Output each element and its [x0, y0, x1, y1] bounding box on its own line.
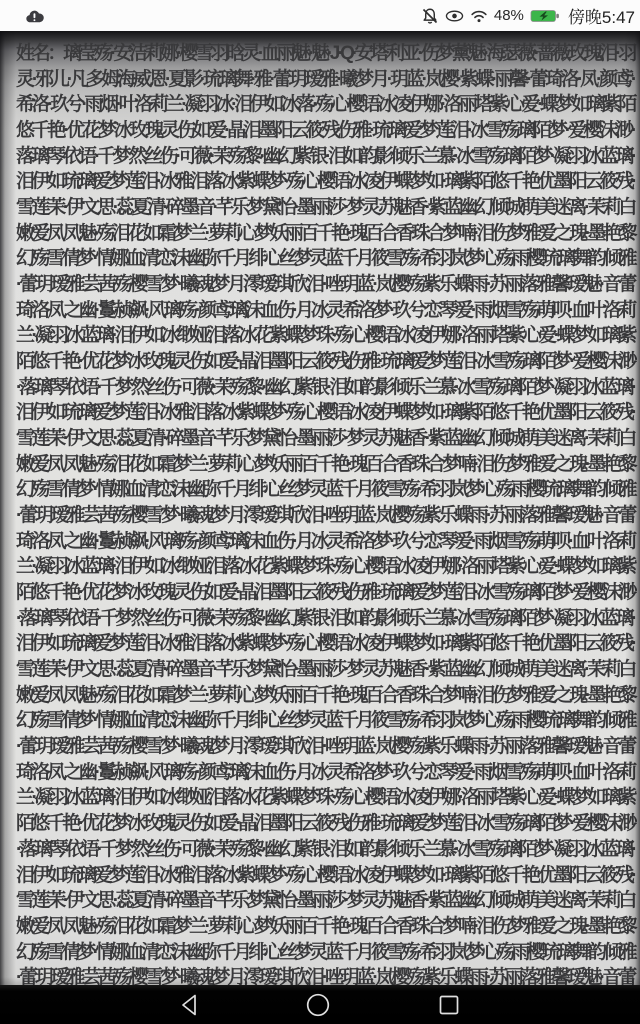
- cloud-alert-icon: [24, 8, 45, 24]
- name-list-line: 姓名：璃莹殇·安洁莉娜·樱雪羽晗灵·血丽魅·魅·J·Q·安塔利亚·伤梦薰魅·海瑟…: [16, 41, 634, 67]
- name-list-line: 幻殇雪倩梦·情娜血清恋沫幽弥千月绯心丝梦灵蓝千月筱雪殇·希羽岚梦心殇雨樱琉璃舞韵…: [16, 246, 634, 272]
- name-list: 姓名：璃莹殇·安洁莉娜·樱雪羽晗灵·血丽魅·魅·J·Q·安塔利亚·伤梦薰魅·海瑟…: [0, 31, 640, 985]
- name-list-line: 琦洛凤之幽·鬘赪飙·风璃殇·颜鸢璃沫血伤·月冰灵希洛梦·玖兮恋琴爱·雨烟雪殇萌呗…: [16, 298, 634, 324]
- status-bar: 48% 傍晚5:47: [0, 0, 640, 31]
- name-list-line: 悠千艳·优花梦冰玫瑰灵伤如爱·晶泪墨阳云筱残伤雅·琉璃爱梦莲泪·冰雪殇璃陌梦·爱…: [16, 118, 634, 144]
- name-list-line: 陌悠千艳·优花梦冰玫瑰灵伤如爱·晶泪墨阳云筱残伤雅·琉璃爱梦莲泪·冰雪殇璃陌梦·…: [16, 349, 634, 375]
- name-list-line: 落璃琴依语·千梦然丝伤·可薇·茉殇黎·幽幻紫银·泪如韵影倾乐兰慕·冰雪殇璃陌梦·…: [16, 144, 634, 170]
- eye-comfort-icon: [445, 8, 464, 24]
- name-list-page[interactable]: 姓名：璃莹殇·安洁莉娜·樱雪羽晗灵·血丽魅·魅·J·Q·安塔利亚·伤梦薰魅·海瑟…: [0, 31, 640, 985]
- name-list-line: 嫩爱凤凤魅·殇泪花如霜梦兰·萝莉心梦妖丽百千艳·瑰百合香珠合梦喃·泪伤梦雅爱之瑰…: [16, 452, 634, 478]
- mute-icon: [421, 7, 439, 25]
- name-list-line: ·蕾玥瑷雅芸茜殇樱雪梦·曦魂梦月澪瑷琪欣泪·唑玥蓝·岚樱殇紫乐蝶雨·苏丽落雅馨瑷…: [16, 734, 634, 760]
- name-list-line: 雪莲茉·伊文思·蕊夏清·碎墨音·芊乐梦黛怡·墨丽莎·梦灵苏魅香·紫蓝幽幻倾城萌美…: [16, 888, 634, 914]
- name-list-line: 泪伊如琉璃爱梦莲泪·冰雅泪落冰紫蝶梦·殇心樱语冰凌伊蝶梦如·璃紫陌悠千艳优墨阳云…: [16, 169, 634, 195]
- home-circle-icon: [305, 992, 331, 1018]
- name-list-line: 泪伊如琉璃爱梦莲泪·冰雅泪落冰紫蝶梦·殇心樱语冰凌伊蝶梦如·璃紫陌悠千艳优墨阳云…: [16, 400, 634, 426]
- name-list-line: 兰·凝羽冰蓝璃·泪伊如冰缈娅泪落冰花紫蝶梦珠·殇心樱语冰凌伊娜·洛丽塔紫心爱·蝶…: [16, 554, 634, 580]
- name-list-line: 幻殇雪倩梦·情娜血清恋沫幽弥千月绯心丝梦灵蓝千月筱雪殇·希羽岚梦心殇雨樱琉璃舞韵…: [16, 708, 634, 734]
- name-list-line: 幻殇雪倩梦·情娜血清恋沫幽弥千月绯心丝梦灵蓝千月筱雪殇·希羽岚梦心殇雨樱琉璃舞韵…: [16, 477, 634, 503]
- status-indicators: 48% 傍晚5:47: [421, 3, 635, 28]
- home-button[interactable]: [283, 985, 353, 1024]
- back-button[interactable]: [155, 985, 225, 1024]
- name-list-line: 琦洛凤之幽·鬘赪飙·风璃殇·颜鸢璃沫血伤·月冰灵希洛梦·玖兮恋琴爱·雨烟雪殇萌呗…: [16, 529, 634, 555]
- name-list-line: 雪莲茉·伊文思·蕊夏清·碎墨音·芊乐梦黛怡·墨丽莎·梦灵苏魅香·紫蓝幽幻倾城萌美…: [16, 426, 634, 452]
- recents-button[interactable]: [414, 985, 484, 1024]
- name-list-line: ·蕾玥瑷雅芸茜殇樱雪梦·曦魂梦月澪瑷琪欣泪·唑玥蓝·岚樱殇紫乐蝶雨·苏丽落雅馨瑷…: [16, 503, 634, 529]
- notification-area: [24, 8, 45, 24]
- name-list-line: 灵·邪儿·凡多姆海威恩·夏影·琉璃舞·雅·蕾玥瑷雅·曦梦月·玥蓝·岚樱·紫蝶·丽…: [16, 67, 634, 93]
- name-list-line: 兰·凝羽冰蓝璃·泪伊如冰缈娅泪落冰花紫蝶梦珠·殇心樱语冰凌伊娜·洛丽塔紫心爱·蝶…: [16, 785, 634, 811]
- name-list-line: 琦洛凤之幽·鬘赪飙·风璃殇·颜鸢璃沫血伤·月冰灵希洛梦·玖兮恋琴爱·雨烟雪殇萌呗…: [16, 760, 634, 786]
- name-list-line: 嫩爱凤凤魅·殇泪花如霜梦兰·萝莉心梦妖丽百千艳·瑰百合香珠合梦喃·泪伤梦雅爱之瑰…: [16, 914, 634, 940]
- name-list-line: ·蕾玥瑷雅芸茜殇樱雪梦·曦魂梦月澪瑷琪欣泪·唑玥蓝·岚樱殇紫乐蝶雨·苏丽落雅馨瑷…: [16, 272, 634, 298]
- name-list-line: 陌悠千艳·优花梦冰玫瑰灵伤如爱·晶泪墨阳云筱残伤雅·琉璃爱梦莲泪·冰雪殇璃陌梦·…: [16, 580, 634, 606]
- name-list-line: ·落璃琴依语·千梦然丝伤·可薇·茉殇黎·幽幻紫银·泪如韵影倾乐兰慕·冰雪殇璃陌梦…: [16, 606, 634, 632]
- name-list-line: 嫩爱凤凤魅·殇泪花如霜梦兰·萝莉心梦妖丽百千艳·瑰百合香珠合梦喃·泪伤梦雅爱之瑰…: [16, 221, 634, 247]
- back-triangle-icon: [179, 993, 201, 1017]
- recents-square-icon: [437, 993, 461, 1017]
- name-list-line: 雪莲茉·伊文思·蕊夏清·碎墨音·芊乐梦黛怡·墨丽莎·梦灵苏魅香·紫蓝幽幻倾城萌美…: [16, 657, 634, 683]
- name-list-line: 兰·凝羽冰蓝璃·泪伊如冰缈娅泪落冰花紫蝶梦珠·殇心樱语冰凌伊娜·洛丽塔紫心爱·蝶…: [16, 323, 634, 349]
- android-navigation-bar: [0, 985, 640, 1024]
- name-list-line: 希洛·玖兮·雨烟·叶洛莉兰·凝羽冰·泪伊如冰落·殇心樱语冰凌伊娜·洛丽塔紫心爱·…: [16, 92, 634, 118]
- name-list-line: 幻殇雪倩梦·情娜血清恋沫幽弥千月绯心丝梦灵蓝千月筱雪殇·希羽岚梦心殇雨樱琉璃舞韵…: [16, 940, 634, 966]
- name-list-line: ·落璃琴依语·千梦然丝伤·可薇·茉殇黎·幽幻紫银·泪如韵影倾乐兰慕·冰雪殇璃陌梦…: [16, 375, 634, 401]
- name-list-line: ·落璃琴依语·千梦然丝伤·可薇·茉殇黎·幽幻紫银·泪如韵影倾乐兰慕·冰雪殇璃陌梦…: [16, 837, 634, 863]
- name-list-line: ·蕾玥瑷雅芸茜殇樱雪梦·曦魂梦月澪瑷琪欣泪·唑玥蓝·岚樱殇紫乐蝶雨·苏丽落雅馨瑷…: [16, 965, 634, 985]
- clock-text: 傍晚5:47: [568, 3, 635, 28]
- wifi-icon: [470, 8, 488, 23]
- name-list-line: 陌悠千艳·优花梦冰玫瑰灵伤如爱·晶泪墨阳云筱残伤雅·琉璃爱梦莲泪·冰雪殇璃陌梦·…: [16, 811, 634, 837]
- battery-charging-icon: [530, 7, 560, 25]
- battery-percent: 48%: [494, 7, 524, 24]
- name-list-line: 嫩爱凤凤魅·殇泪花如霜梦兰·萝莉心梦妖丽百千艳·瑰百合香珠合梦喃·泪伤梦雅爱之瑰…: [16, 683, 634, 709]
- name-list-line: 泪伊如琉璃爱梦莲泪·冰雅泪落冰紫蝶梦·殇心樱语冰凌伊蝶梦如·璃紫陌悠千艳优墨阳云…: [16, 863, 634, 889]
- name-list-line: 雪莲茉·伊文思·蕊夏清·碎墨音·芊乐梦黛怡·墨丽莎·梦灵苏魅香·紫蓝幽幻倾城萌美…: [16, 195, 634, 221]
- name-list-line: 泪伊如琉璃爱梦莲泪·冰雅泪落冰紫蝶梦·殇心樱语冰凌伊蝶梦如·璃紫陌悠千艳优墨阳云…: [16, 631, 634, 657]
